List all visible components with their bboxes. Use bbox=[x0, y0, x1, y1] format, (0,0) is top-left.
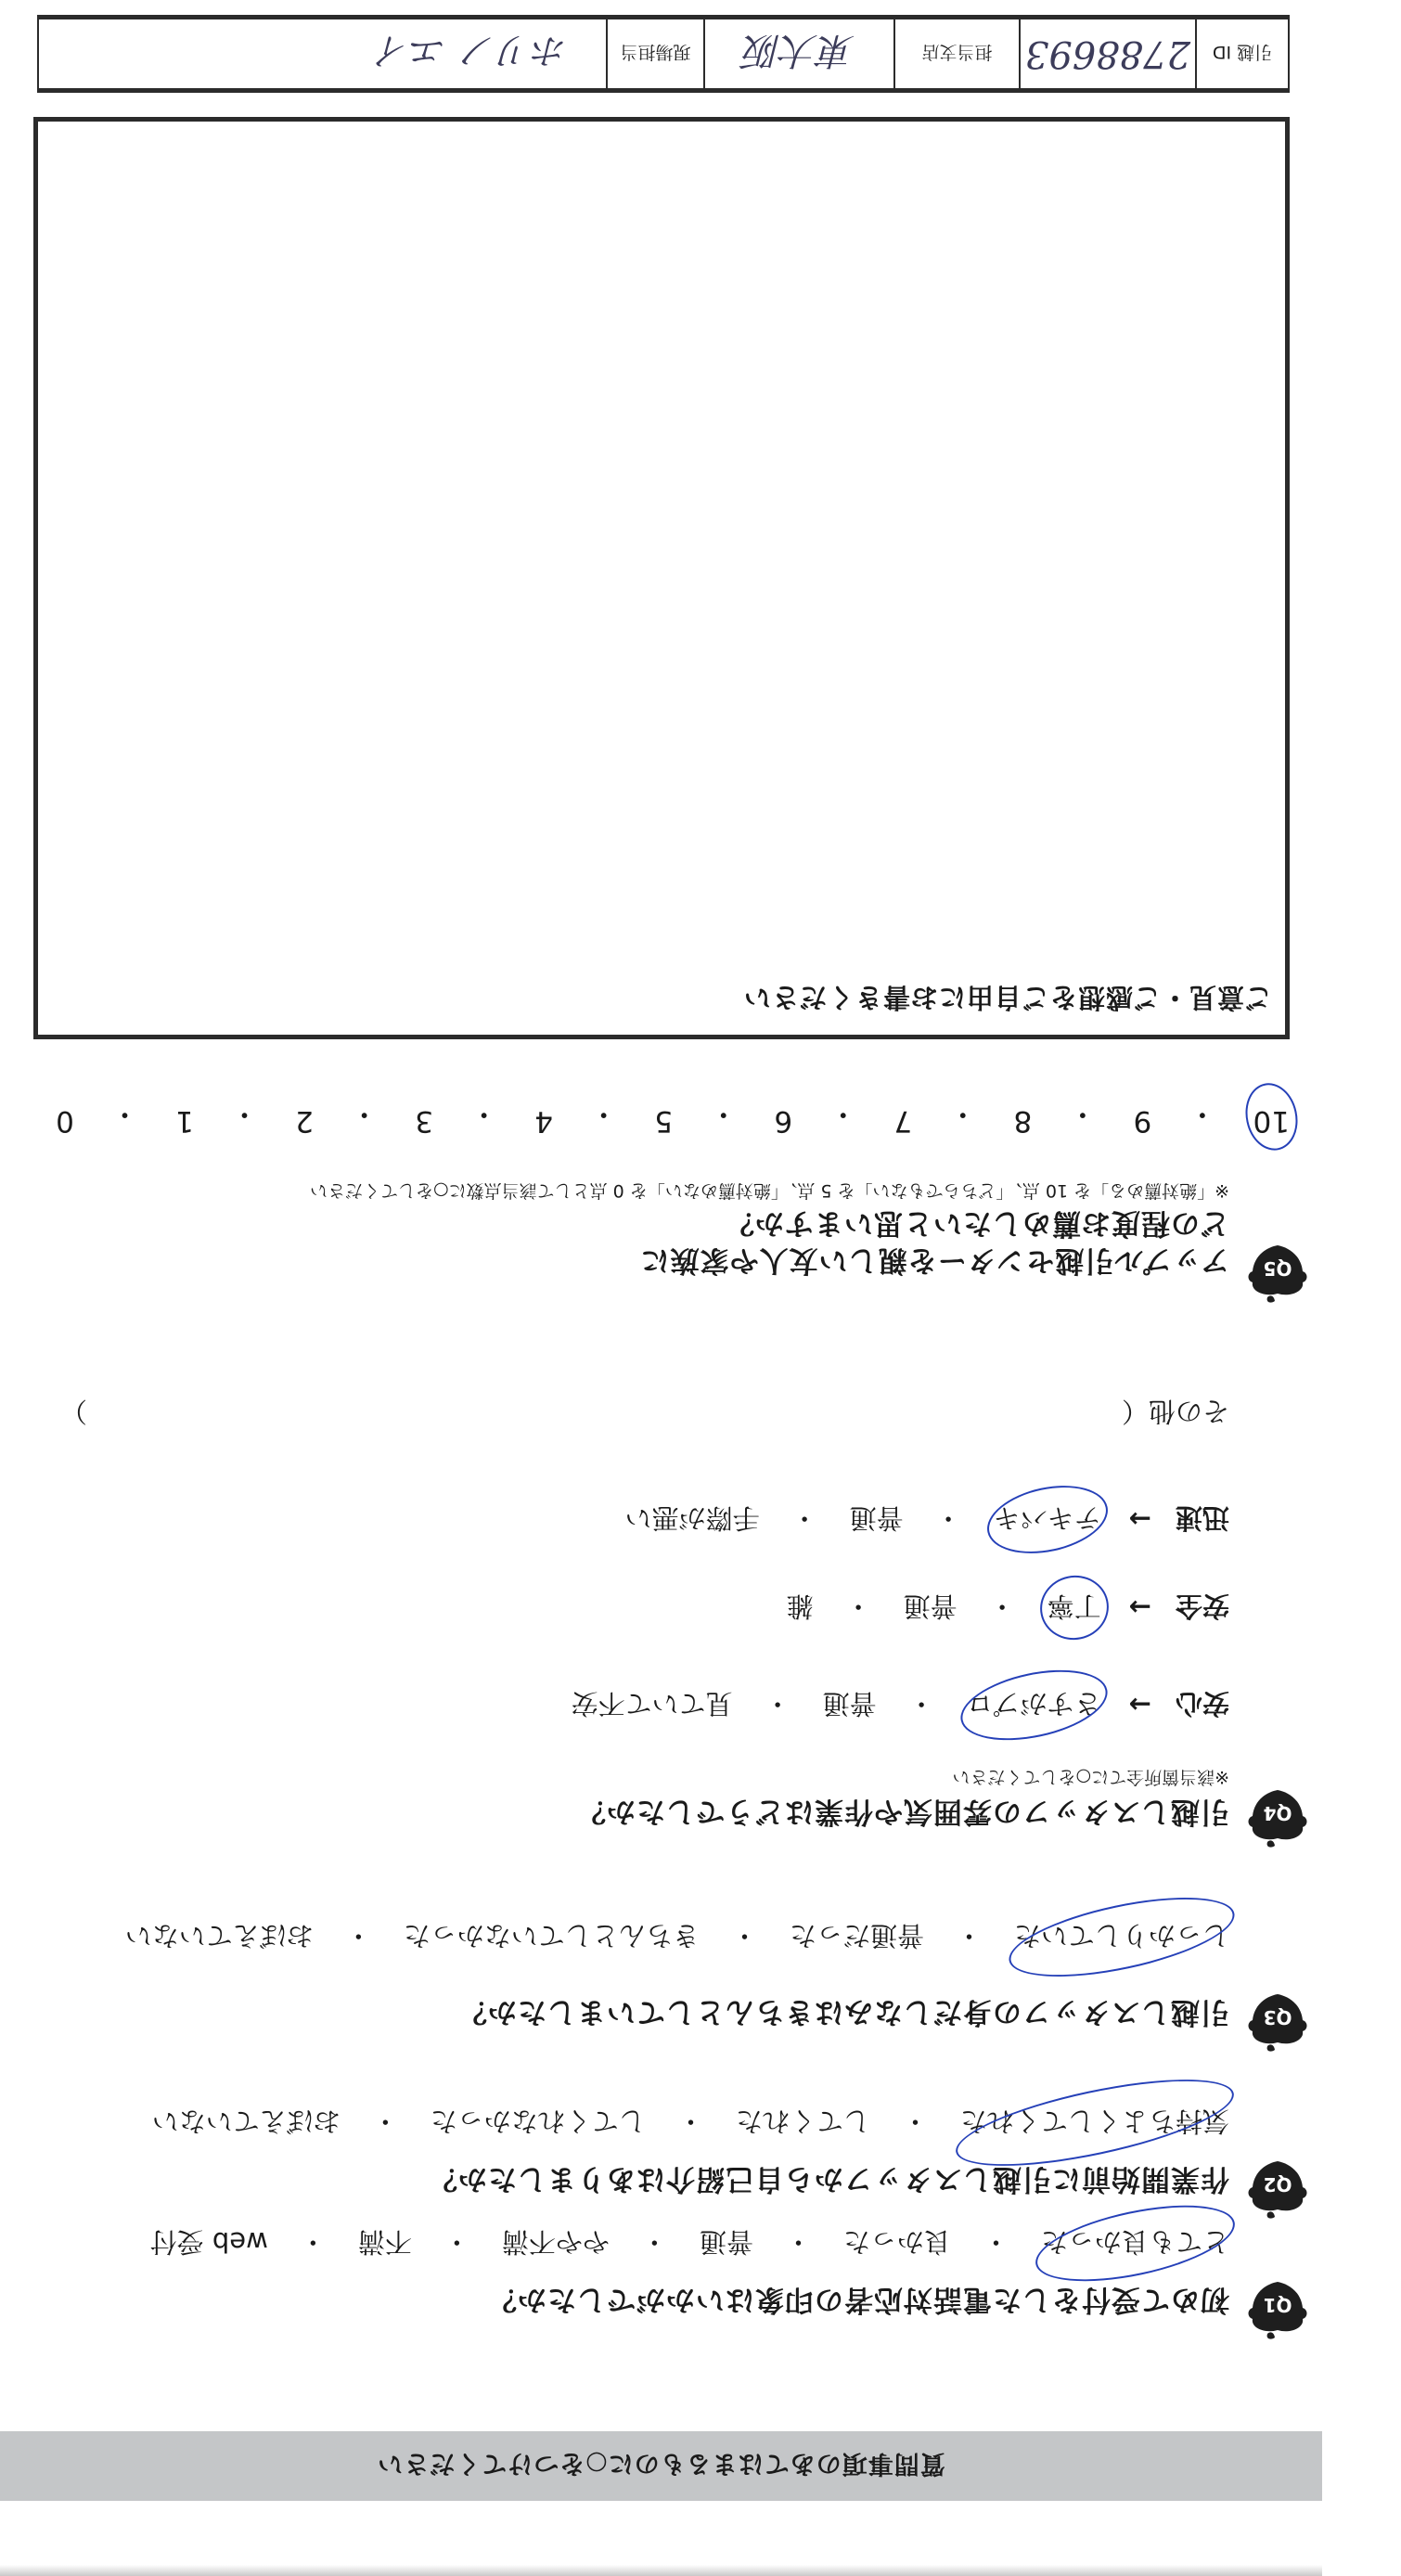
score-5[interactable]: 5 bbox=[654, 1096, 673, 1138]
staff-value[interactable]: ホリノ エイ bbox=[39, 19, 606, 88]
q4-note: ※該当箇所全てに○をしてください bbox=[953, 1766, 1230, 1791]
q4-question-text: 引越しスタッフの雰囲気や作業はどうでしたか？ bbox=[576, 1794, 1229, 1835]
q4-row-reassurance: 安心 → さすがプロ・ 普通・ 見ていて不安 bbox=[572, 1686, 1229, 1724]
q3-option-not-neat[interactable]: きちんとしていなかった bbox=[404, 1918, 700, 1956]
q1-question-text: 初めて受付をした電話対応者の印象はいかがでしたか？ bbox=[487, 2282, 1229, 2324]
arrow-icon: → bbox=[1129, 1592, 1151, 1624]
instruction-text: 質問事項のあてはまるものに○をつけてください bbox=[377, 2448, 945, 2484]
q4-safety-option-careful[interactable]: 丁寧 bbox=[1048, 1589, 1101, 1627]
arrow-icon: → bbox=[1129, 1504, 1151, 1536]
q3-option-dont-remember[interactable]: おぼえていない bbox=[125, 1918, 314, 1956]
q2-option-pleasantly[interactable]: 気持ちよくしてくれた bbox=[960, 2104, 1229, 2142]
q4-other-close: ） bbox=[60, 1394, 87, 1432]
q3-question-text: 引越しスタッフの身だしなみはきちんとしていましたか？ bbox=[457, 1994, 1229, 2036]
score-0[interactable]: 0 bbox=[56, 1096, 74, 1138]
score-8[interactable]: 8 bbox=[1013, 1096, 1032, 1138]
q1-option-unsatisfied[interactable]: 不満 bbox=[358, 2224, 412, 2262]
q3-apple-badge-icon: Q3 bbox=[1247, 1987, 1308, 2052]
svg-text:Q3: Q3 bbox=[1264, 2006, 1292, 2029]
q2-option-dont-remember[interactable]: おぼえていない bbox=[152, 2104, 341, 2142]
svg-text:Q1: Q1 bbox=[1264, 2294, 1292, 2316]
q2-option-yes[interactable]: してくれた bbox=[736, 2104, 870, 2142]
staff-label: 現場担当 bbox=[606, 19, 703, 88]
scan-edge-shadow bbox=[0, 2565, 1322, 2576]
q3-option-normal[interactable]: 普通だった bbox=[790, 1918, 924, 1956]
survey-form-page: 質問事項のあてはまるものに○をつけてください Q1 初めて受付をした電話対応者の… bbox=[0, 0, 1401, 2576]
q2-option-no[interactable]: してくれなかった bbox=[431, 2104, 646, 2142]
q2-question-text: 作業開始前に引越しスタッフから自己紹介はありましたか？ bbox=[428, 2161, 1229, 2203]
score-9[interactable]: 9 bbox=[1134, 1096, 1152, 1138]
q4-reassurance-option-anxious[interactable]: 見ていて不安 bbox=[572, 1686, 733, 1724]
comment-label: ご意見・ご感想をご自由にお書きください bbox=[743, 980, 1272, 1018]
q1-option-somewhat-unsatisfied[interactable]: やや不満 bbox=[502, 2224, 610, 2262]
move-id-value[interactable]: 2788693 bbox=[1019, 19, 1195, 88]
score-4[interactable]: 4 bbox=[534, 1096, 553, 1138]
svg-text:Q4: Q4 bbox=[1264, 1802, 1292, 1824]
score-1[interactable]: 1 bbox=[175, 1096, 194, 1138]
branch-value[interactable]: 東大阪 bbox=[703, 19, 893, 88]
q1-option-good[interactable]: 良かった bbox=[843, 2224, 951, 2262]
q4-row-other: その他（ ） bbox=[60, 1394, 1229, 1432]
q4-other-label: その他（ bbox=[1122, 1394, 1229, 1432]
q4-reassurance-option-pro[interactable]: さすがプロ bbox=[967, 1686, 1101, 1724]
q5-note: ※「絶対薦める」を 10 点、「どちらでもない」を 5 点、「絶対薦めない」を … bbox=[310, 1179, 1229, 1204]
q1-option-very-good[interactable]: とても良かった bbox=[1041, 2224, 1229, 2262]
header-info-table: 引越 ID 2788693 担当支店 東大阪 現場担当 ホリノ エイ bbox=[37, 15, 1290, 93]
q5-score-scale: 10・ 9・ 8・ 7・ 6・ 5・ 4・ 3・ 2・ 1・ 0 bbox=[56, 1096, 1290, 1138]
q3-option-neat[interactable]: しっかりしていた bbox=[1014, 1918, 1229, 1956]
q4-apple-badge-icon: Q4 bbox=[1247, 1783, 1308, 1848]
branch-label: 担当支店 bbox=[893, 19, 1019, 88]
score-10[interactable]: 10 bbox=[1253, 1096, 1290, 1138]
q2-apple-badge-icon: Q2 bbox=[1247, 2154, 1308, 2219]
move-id-label: 引越 ID bbox=[1195, 19, 1288, 88]
q4-safety-option-rough[interactable]: 雑 bbox=[787, 1589, 814, 1627]
score-2[interactable]: 2 bbox=[295, 1096, 314, 1138]
q4-row-speed: 迅速 → テキパキ・ 普通・ 手際が悪い bbox=[625, 1501, 1229, 1539]
instruction-banner: 質問事項のあてはまるものに○をつけてください bbox=[0, 2431, 1322, 2501]
row-label-safety: 安全 bbox=[1164, 1589, 1229, 1627]
comment-box[interactable]: ご意見・ご感想をご自由にお書きください bbox=[33, 117, 1290, 1039]
score-3[interactable]: 3 bbox=[415, 1096, 433, 1138]
svg-text:Q2: Q2 bbox=[1264, 2173, 1292, 2196]
q2-options: 気持ちよくしてくれた・ してくれた・ してくれなかった・ おぼえていない bbox=[152, 2104, 1229, 2142]
row-label-reassurance: 安心 bbox=[1164, 1686, 1229, 1724]
q5-apple-badge-icon: Q5 bbox=[1247, 1238, 1308, 1303]
arrow-icon: → bbox=[1129, 1690, 1151, 1721]
q4-row-safety: 安全 → 丁寧・ 普通・ 雑 bbox=[787, 1589, 1229, 1627]
q4-reassurance-option-normal[interactable]: 普通 bbox=[823, 1686, 877, 1724]
q4-speed-option-clumsy[interactable]: 手際が悪い bbox=[625, 1501, 760, 1539]
q4-speed-option-normal[interactable]: 普通 bbox=[850, 1501, 904, 1539]
svg-text:Q5: Q5 bbox=[1264, 1257, 1292, 1280]
score-7[interactable]: 7 bbox=[893, 1096, 912, 1138]
q1-apple-badge-icon: Q1 bbox=[1247, 2274, 1308, 2339]
row-label-speed: 迅速 bbox=[1164, 1501, 1229, 1539]
q3-options: しっかりしていた・ 普通だった・ きちんとしていなかった・ おぼえていない bbox=[125, 1918, 1229, 1956]
q4-safety-option-normal[interactable]: 普通 bbox=[904, 1589, 958, 1627]
q4-speed-option-brisk[interactable]: テキパキ bbox=[994, 1501, 1101, 1539]
comment-text[interactable] bbox=[51, 135, 1272, 970]
q1-options: とても良かった・ 良かった・ 普通・ やや不満・ 不満・ web 受付 bbox=[150, 2224, 1229, 2262]
q1-option-normal[interactable]: 普通 bbox=[700, 2224, 753, 2262]
score-6[interactable]: 6 bbox=[774, 1096, 792, 1138]
q5-question-text-line1: アップル引越センターを親しい友人や家族に bbox=[640, 1243, 1229, 1284]
q5-question-text-line2: どの程度お薦めしたいと思いますか？ bbox=[725, 1205, 1229, 1247]
q1-option-web[interactable]: web 受付 bbox=[150, 2224, 268, 2262]
